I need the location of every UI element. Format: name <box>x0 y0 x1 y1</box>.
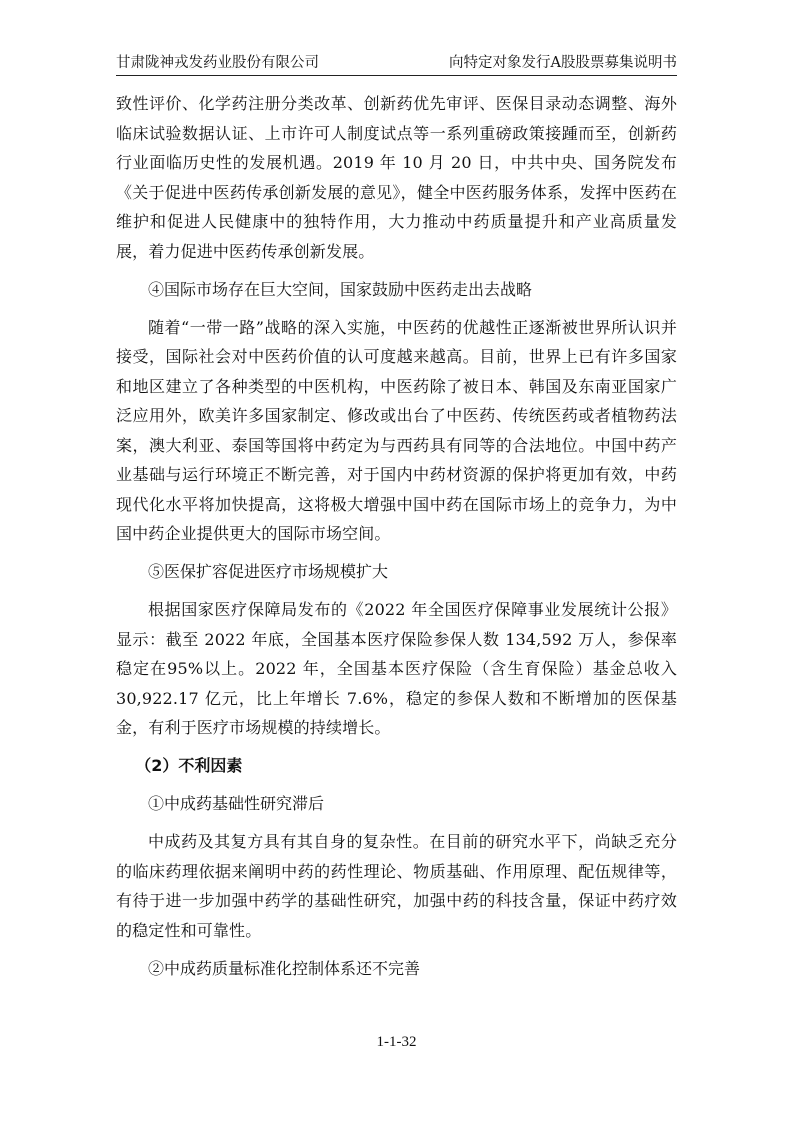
subheading-international-market: ④国际市场存在巨大空间，国家鼓励中医药走出去战略 <box>116 275 677 305</box>
paragraph-policy-opportunity: 致性评价、化学药注册分类改革、创新药优先审评、医保目录动态调整、海外临床试验数据… <box>116 89 677 266</box>
paragraph-medical-insurance: 根据国家医疗保障局发布的《2022 年全国医疗保障事业发展统计公报》显示：截至 … <box>116 595 677 743</box>
subheading-basic-research: ①中成药基础性研究滞后 <box>116 789 677 819</box>
subheading-quality-standard: ②中成药质量标准化控制体系还不完善 <box>116 954 677 984</box>
subheading-medical-insurance: ⑤医保扩容促进医疗市场规模扩大 <box>116 557 677 587</box>
page-header: 甘肃陇神戎发药业股份有限公司 向特定对象发行A股股票募集说明书 <box>116 52 677 76</box>
paragraph-international-market: 随着“一带一路”战略的深入实施，中医药的优越性正逐渐被世界所认识并接受，国际社会… <box>116 313 677 549</box>
header-company-name: 甘肃陇神戎发药业股份有限公司 <box>116 53 319 73</box>
document-body: 致性评价、化学药注册分类改革、创新药优先审评、医保目录动态调整、海外临床试验数据… <box>116 89 677 992</box>
header-document-title: 向特定对象发行A股股票募集说明书 <box>449 53 677 73</box>
page-number: 1-1-32 <box>0 1034 793 1051</box>
paragraph-basic-research: 中成药及其复方具有其自身的复杂性。在目前的研究水平下，尚缺乏充分的临床药理依据来… <box>116 827 677 945</box>
section-heading-unfavorable-factors: （2）不利因素 <box>116 751 677 781</box>
